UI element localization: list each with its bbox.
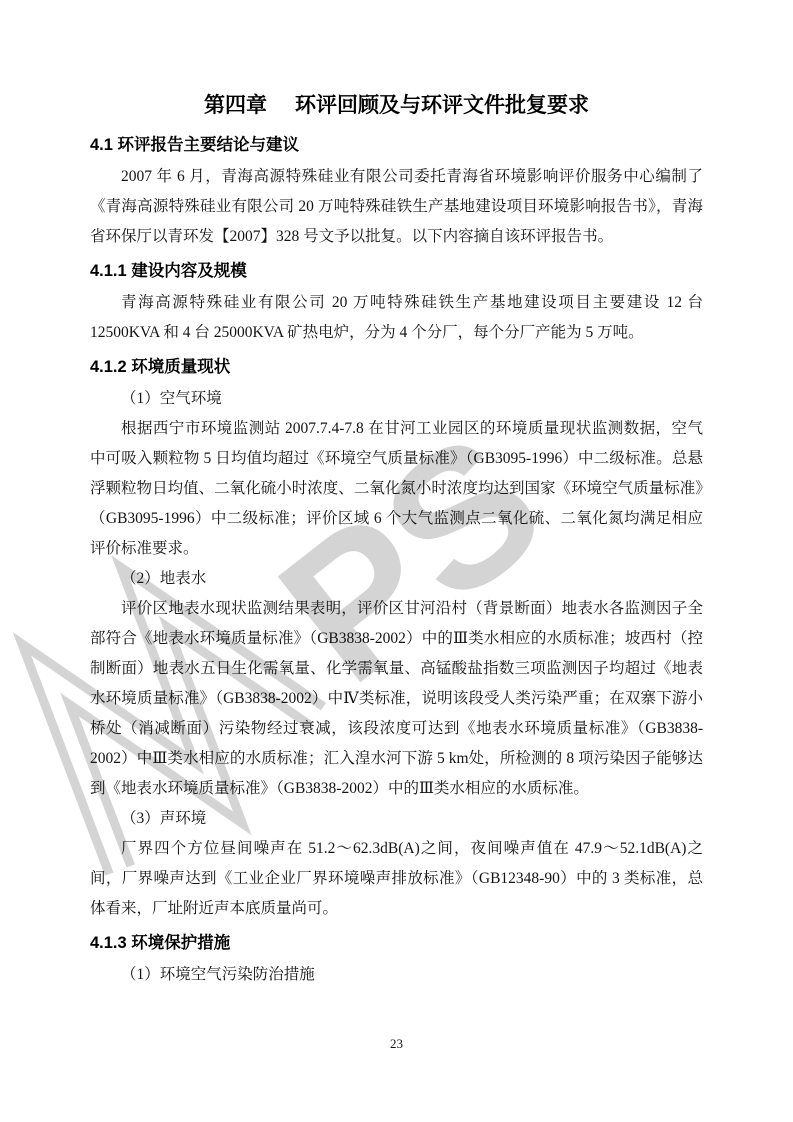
heading-4-1-2: 4.1.2 环境质量现状	[90, 352, 703, 382]
subheading-surface-water: （2）地表水	[90, 564, 703, 594]
chapter-label: 第四章	[204, 94, 267, 117]
page-content: 第四章环评回顾及与环评文件批复要求 4.1 环评报告主要结论与建议 2007 年…	[0, 0, 793, 990]
paragraph-air-quality: 根据西宁市环境监测站 2007.7.4-7.8 在甘河工业园区的环境质量现状监测…	[90, 414, 703, 564]
paragraph-construction-scale: 青海高源特殊硅业有限公司 20 万吨特殊硅铁生产基地建设项目主要建设 12 台 …	[90, 288, 703, 348]
chapter-title-text: 环评回顾及与环评文件批复要求	[295, 94, 589, 117]
paragraph-noise: 厂界四个方位昼间噪声在 51.2～62.3dB(A)之间，夜间噪声值在 47.9…	[90, 834, 703, 924]
paragraph-eia-overview: 2007 年 6 月，青海高源特殊硅业有限公司委托青海省环境影响评价服务中心编制…	[90, 162, 703, 252]
subheading-air-pollution-measures: （1）环境空气污染防治措施	[90, 960, 703, 990]
subheading-air-environment: （1）空气环境	[90, 384, 703, 414]
document-page: PS 第四章环评回顾及与环评文件批复要求 4.1 环评报告主要结论与建议 200…	[0, 0, 793, 1122]
chapter-title: 第四章环评回顾及与环评文件批复要求	[90, 88, 703, 124]
page-number: 23	[0, 1036, 793, 1052]
heading-4-1: 4.1 环评报告主要结论与建议	[90, 130, 703, 160]
subheading-noise-environment: （3）声环境	[90, 804, 703, 834]
heading-4-1-3: 4.1.3 环境保护措施	[90, 928, 703, 958]
heading-4-1-1: 4.1.1 建设内容及规模	[90, 256, 703, 286]
paragraph-surface-water: 评价区地表水现状监测结果表明，评价区甘河沿村（背景断面）地表水各监测因子全部符合…	[90, 594, 703, 804]
